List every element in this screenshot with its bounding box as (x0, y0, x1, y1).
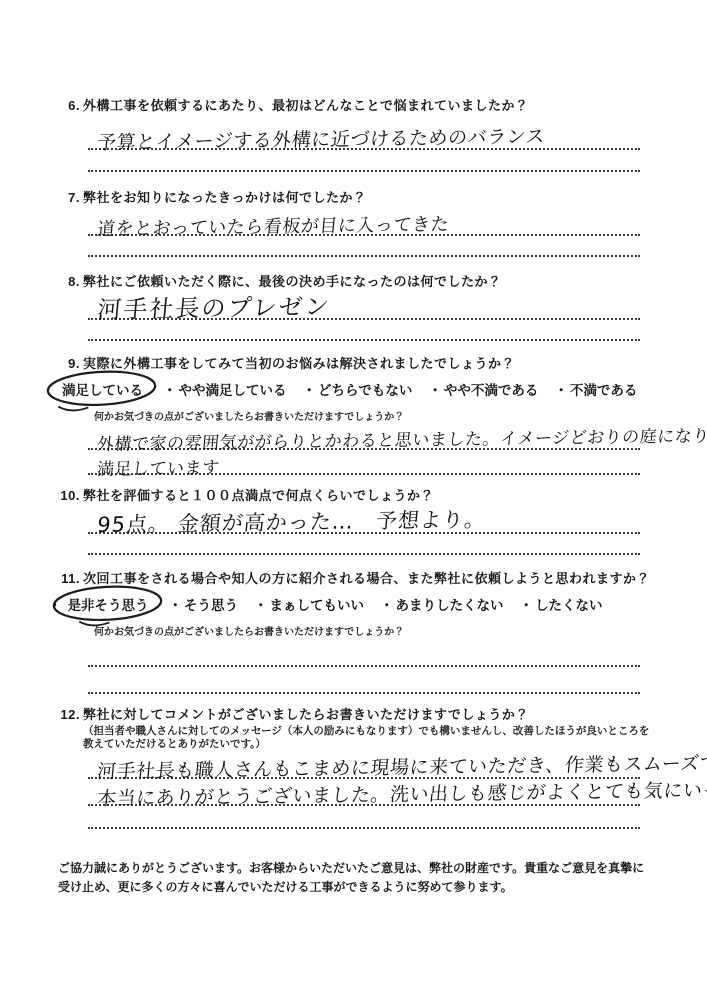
question-number: 7. (58, 190, 80, 206)
option-label: どちらでもない (318, 379, 412, 399)
option-label: まぁしてもいい (270, 594, 365, 614)
question-number: 11. (58, 571, 80, 587)
q12-note: （担当者や職人さんに対してのメッセージ（本人の励みにもなります）でも構いませんし… (83, 725, 658, 751)
answer-line: 予算とイメージする外構に近づけるためのバランス (88, 114, 640, 150)
answer-line: 満足しています (88, 450, 640, 475)
question-text: 次回工事をされる場合や知人の方に紹介される場合、また弊社に依頼しようと思われます… (83, 571, 650, 587)
question-text: 実際に外構工事をしてみて当初のお悩みは解決されましたでしょうか？ (83, 356, 515, 372)
question-text: 弊社を評価すると１００点満点で何点くらいでしょうか？ (83, 488, 434, 504)
blank-line (88, 320, 640, 341)
answer-line: 河手社長のプレゼン (88, 290, 640, 320)
q11-followup-prompt: 何かお気づきの点がございましたらお書きいただけますでしょうか？ (94, 626, 697, 639)
q11-option-3: ・まぁしてもいい (254, 594, 364, 614)
question-text: 弊社に対してコメントがございましたらお書きいただけますでしょうか？ (83, 707, 529, 723)
option-label: やや満足している (179, 379, 287, 399)
handwritten-answer: 満足しています (96, 453, 221, 480)
question-6: 6. 外構工事を依頼するにあたり、最初はどんなことで悩まれていましたか？ 予算と… (58, 98, 697, 172)
q9-options: 満足している ・やや満足している ・どちらでもない ・やや不満である ・不満であ… (58, 379, 697, 399)
option-bullet: ・ (163, 379, 177, 399)
question-10: 10. 弊社を評価すると１００点満点で何点くらいでしょうか？ 95点。 金額が高… (58, 488, 697, 555)
option-bullet: ・ (169, 594, 183, 614)
option-label: そう思う (184, 594, 238, 614)
question-7-title: 7. 弊社をお知りになったきっかけは何でしたか？ (58, 190, 697, 206)
question-10-title: 10. 弊社を評価すると１００点満点で何点くらいでしょうか？ (58, 488, 697, 504)
blank-line (88, 639, 640, 667)
blank-line (88, 150, 640, 172)
question-12-title: 12. 弊社に対してコメントがございましたらお書きいただけますでしょうか？ (58, 707, 697, 723)
question-8-title: 8. 弊社にご依頼いただく際に、最後の決め手になったのは何でしたか？ (58, 274, 697, 290)
question-9-title: 9. 実際に外構工事をしてみて当初のお悩みは解決されましたでしょうか？ (58, 356, 697, 372)
question-8: 8. 弊社にご依頼いただく際に、最後の決め手になったのは何でしたか？ 河手社長の… (58, 274, 697, 341)
q11-selected-wrap: 是非そう思う (64, 594, 153, 614)
answer-line: 河手社長も職人さんもこまめに現場に来ていただき、作業もスムーズで (88, 751, 640, 779)
q11-option-4: ・あまりしたくない (380, 594, 504, 614)
option-bullet: ・ (554, 379, 568, 399)
question-text: 外構工事を依頼するにあたり、最初はどんなことで悩まれていましたか？ (83, 98, 529, 114)
q11-option-5: ・したくない (520, 594, 603, 614)
answer-line: 外構で家の雰囲気ががらりとかわると思いました。イメージどおりの庭になり (88, 424, 640, 450)
question-number: 6. (58, 98, 80, 114)
answer-line: 本当にありがとうございました。洗い出しも感じがよくとても気にいっています (88, 779, 640, 806)
option-bullet: ・ (254, 594, 268, 614)
q11-option-selected: ・ 是非そう思う (48, 594, 153, 614)
question-number: 12. (58, 707, 80, 723)
q11-option-2: ・そう思う (169, 594, 239, 614)
question-7: 7. 弊社をお知りになったきっかけは何でしたか？ 道をとおっていたら看板が目に入… (58, 190, 697, 257)
option-bullet: ・ (520, 594, 534, 614)
blank-line (88, 534, 640, 555)
answer-line: 95点。 金額が高かった… 予想より。 (88, 504, 640, 534)
question-12: 12. 弊社に対してコメントがございましたらお書きいただけますでしょうか？ （担… (58, 707, 697, 829)
option-label: 満足している (62, 379, 143, 399)
question-6-title: 6. 外構工事を依頼するにあたり、最初はどんなことで悩まれていましたか？ (58, 98, 697, 114)
question-number: 8. (58, 274, 80, 290)
answer-line: 道をとおっていたら看板が目に入ってきた (88, 206, 640, 236)
option-bullet: ・ (380, 594, 394, 614)
option-label: したくない (535, 594, 603, 614)
option-label: 不満である (570, 379, 638, 399)
q9-option-2: ・やや満足している (163, 379, 287, 399)
blank-line (88, 236, 640, 257)
option-bullet: ・ (48, 594, 62, 614)
option-bullet: ・ (303, 379, 317, 399)
q9-option-3: ・どちらでもない (303, 379, 413, 399)
questionnaire-page: 6. 外構工事を依頼するにあたり、最初はどんなことで悩まれていましたか？ 予算と… (0, 0, 707, 1000)
option-label: やや不満である (444, 379, 539, 399)
option-label: あまりしたくない (396, 594, 504, 614)
question-text: 弊社をお知りになったきっかけは何でしたか？ (83, 190, 367, 206)
blank-line (88, 806, 640, 829)
blank-line (88, 667, 640, 694)
thank-you-note: ご協力誠にありがとうございます。お客様からいただいたご意見は、弊社の財産です。貴… (58, 859, 652, 897)
question-number: 9. (58, 356, 80, 372)
option-bullet: ・ (428, 379, 442, 399)
question-11-title: 11. 次回工事をされる場合や知人の方に紹介される場合、また弊社に依頼しようと思… (58, 571, 697, 587)
question-11: 11. 次回工事をされる場合や知人の方に紹介される場合、また弊社に依頼しようと思… (58, 571, 697, 694)
q9-option-5: ・不満である (554, 379, 637, 399)
q11-options: ・ 是非そう思う ・そう思う ・まぁしてもいい ・あまりしたくない ・したくない (48, 594, 697, 614)
q9-option-4: ・やや不満である (428, 379, 538, 399)
question-number: 10. (58, 488, 80, 504)
q9-option-selected: 満足している (58, 379, 147, 399)
option-label: 是非そう思う (68, 598, 149, 613)
question-9: 9. 実際に外構工事をしてみて当初のお悩みは解決されましたでしょうか？ 満足して… (58, 356, 697, 475)
